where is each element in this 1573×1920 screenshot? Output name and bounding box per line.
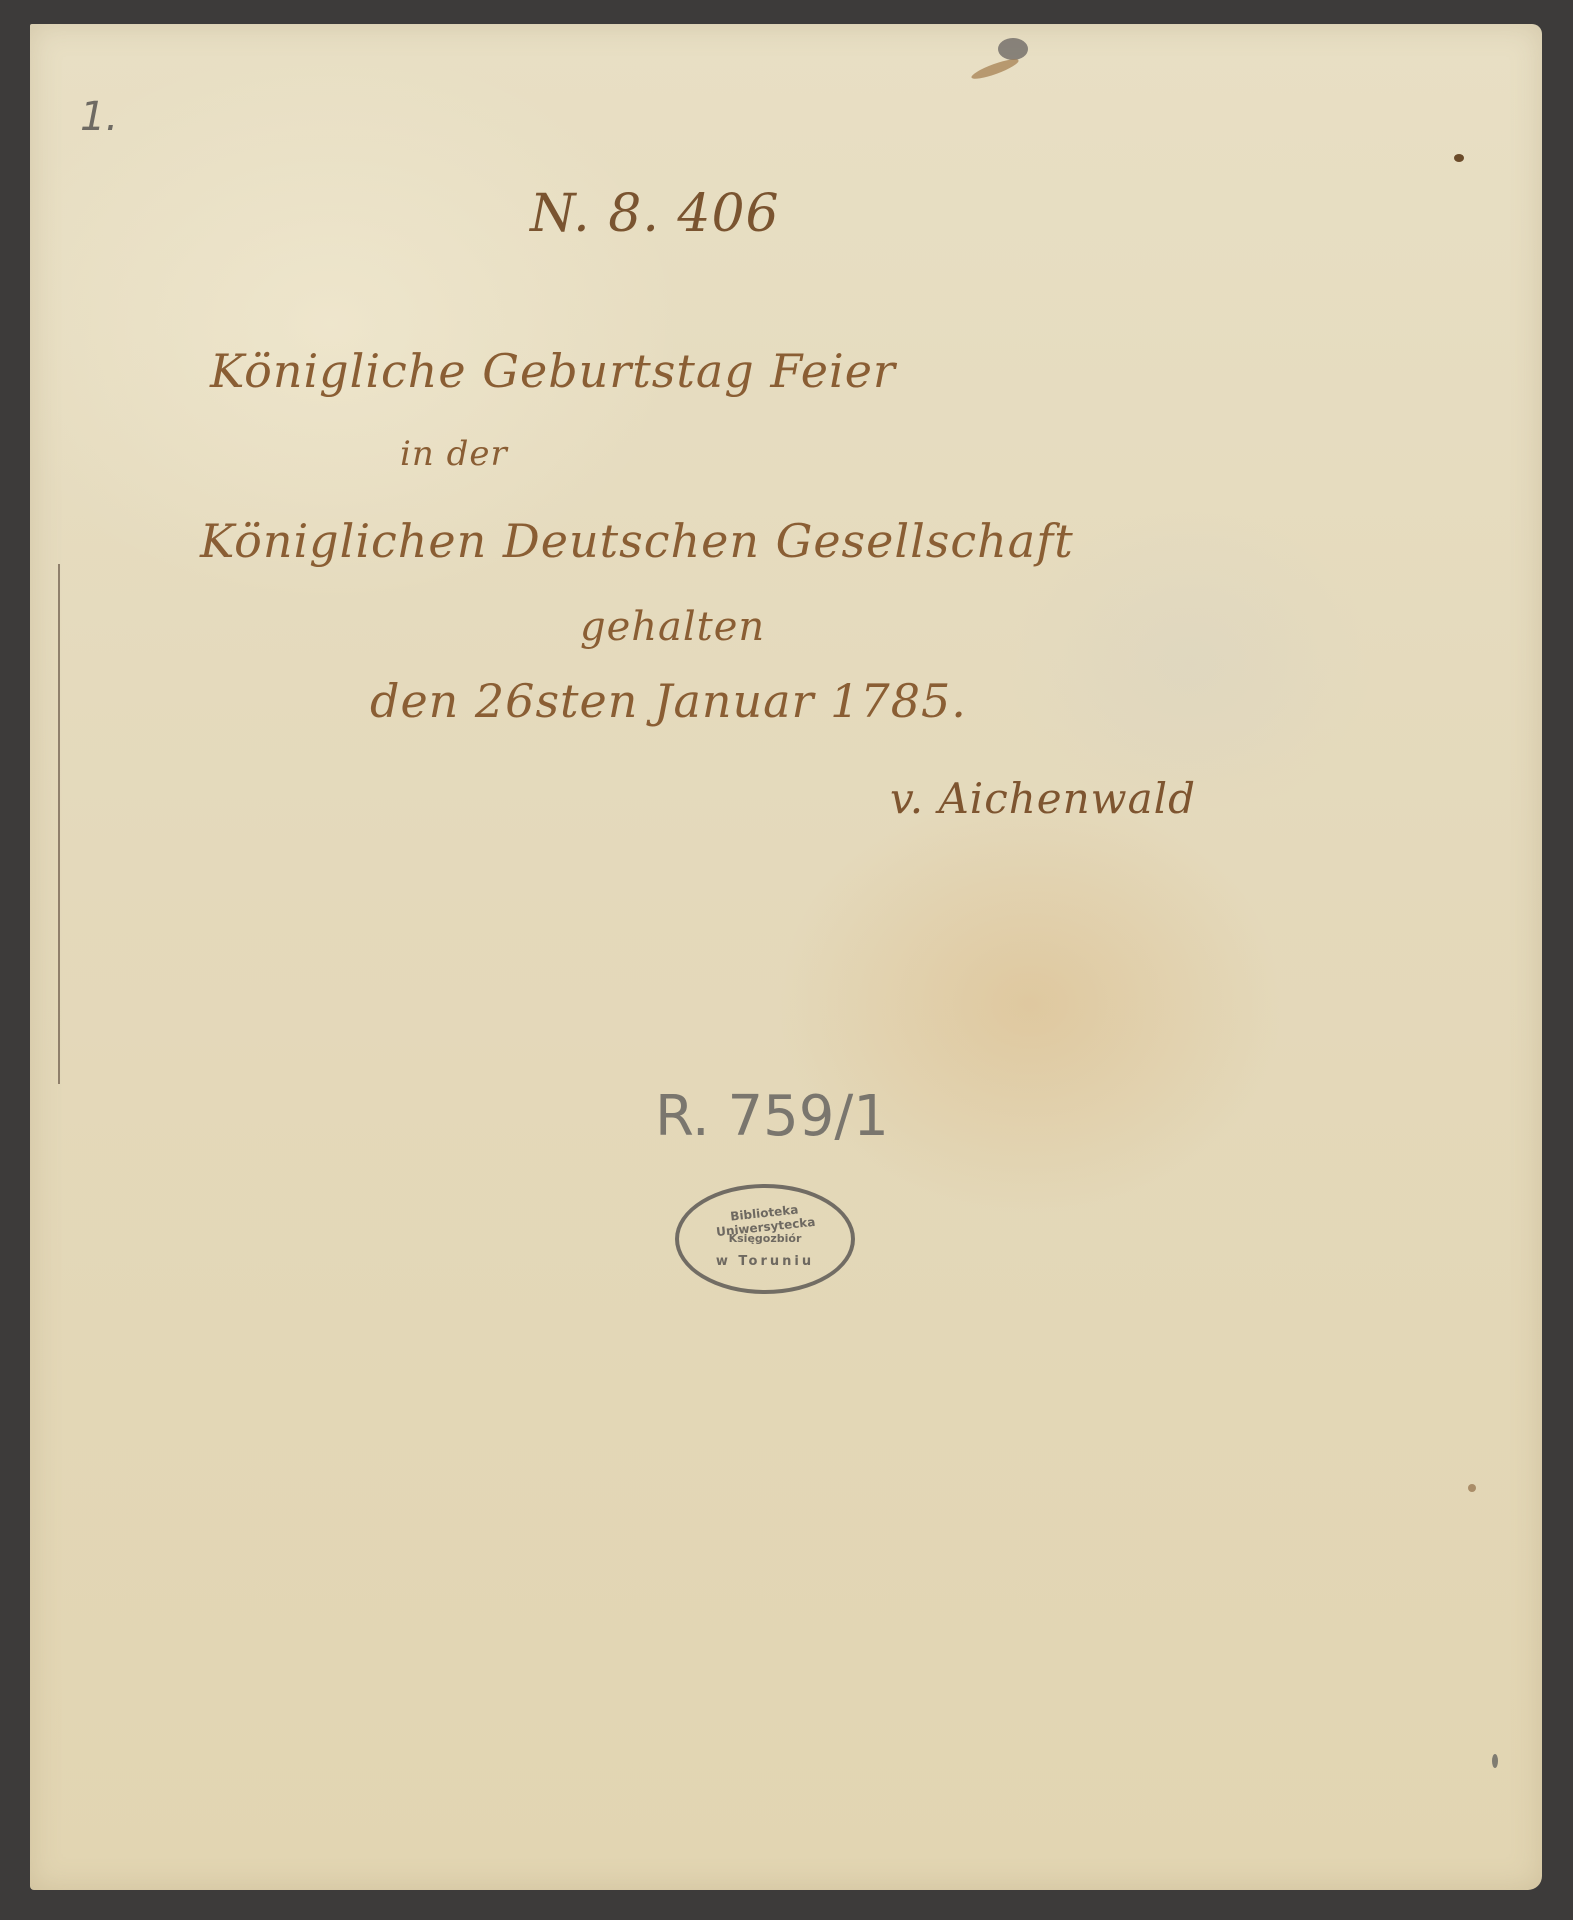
foxing-spot [1454, 154, 1464, 162]
foxing-spot [1492, 1754, 1498, 1768]
ink-smear-top [970, 56, 1020, 82]
title-line-3: Königlichen Deutschen Gesellschaft [200, 514, 1074, 568]
manuscript-page: 1. N. 8. 406 Königliche Geburtstag Feier… [30, 24, 1542, 1890]
catalog-number: N. 8. 406 [530, 184, 780, 244]
title-line-2: in der [400, 434, 508, 474]
title-line-4: gehalten [580, 604, 765, 650]
library-stamp: Biblioteka Uniwersytecka Księgozbiór w T… [675, 1184, 855, 1294]
title-line-5: den 26sten Januar 1785. [370, 674, 967, 728]
stamp-line-2: Księgozbiór [679, 1232, 851, 1245]
title-line-1: Königliche Geburtstag Feier [210, 344, 896, 398]
foxing-spot [1468, 1484, 1476, 1492]
author-signature: v. Aichenwald [890, 774, 1196, 823]
binding-edge [58, 564, 60, 1084]
folio-number: 1. [80, 94, 118, 140]
ink-blot-top [998, 38, 1028, 60]
stamp-line-3: w Toruniu [679, 1254, 851, 1269]
shelfmark: R. 759/1 [655, 1084, 889, 1149]
